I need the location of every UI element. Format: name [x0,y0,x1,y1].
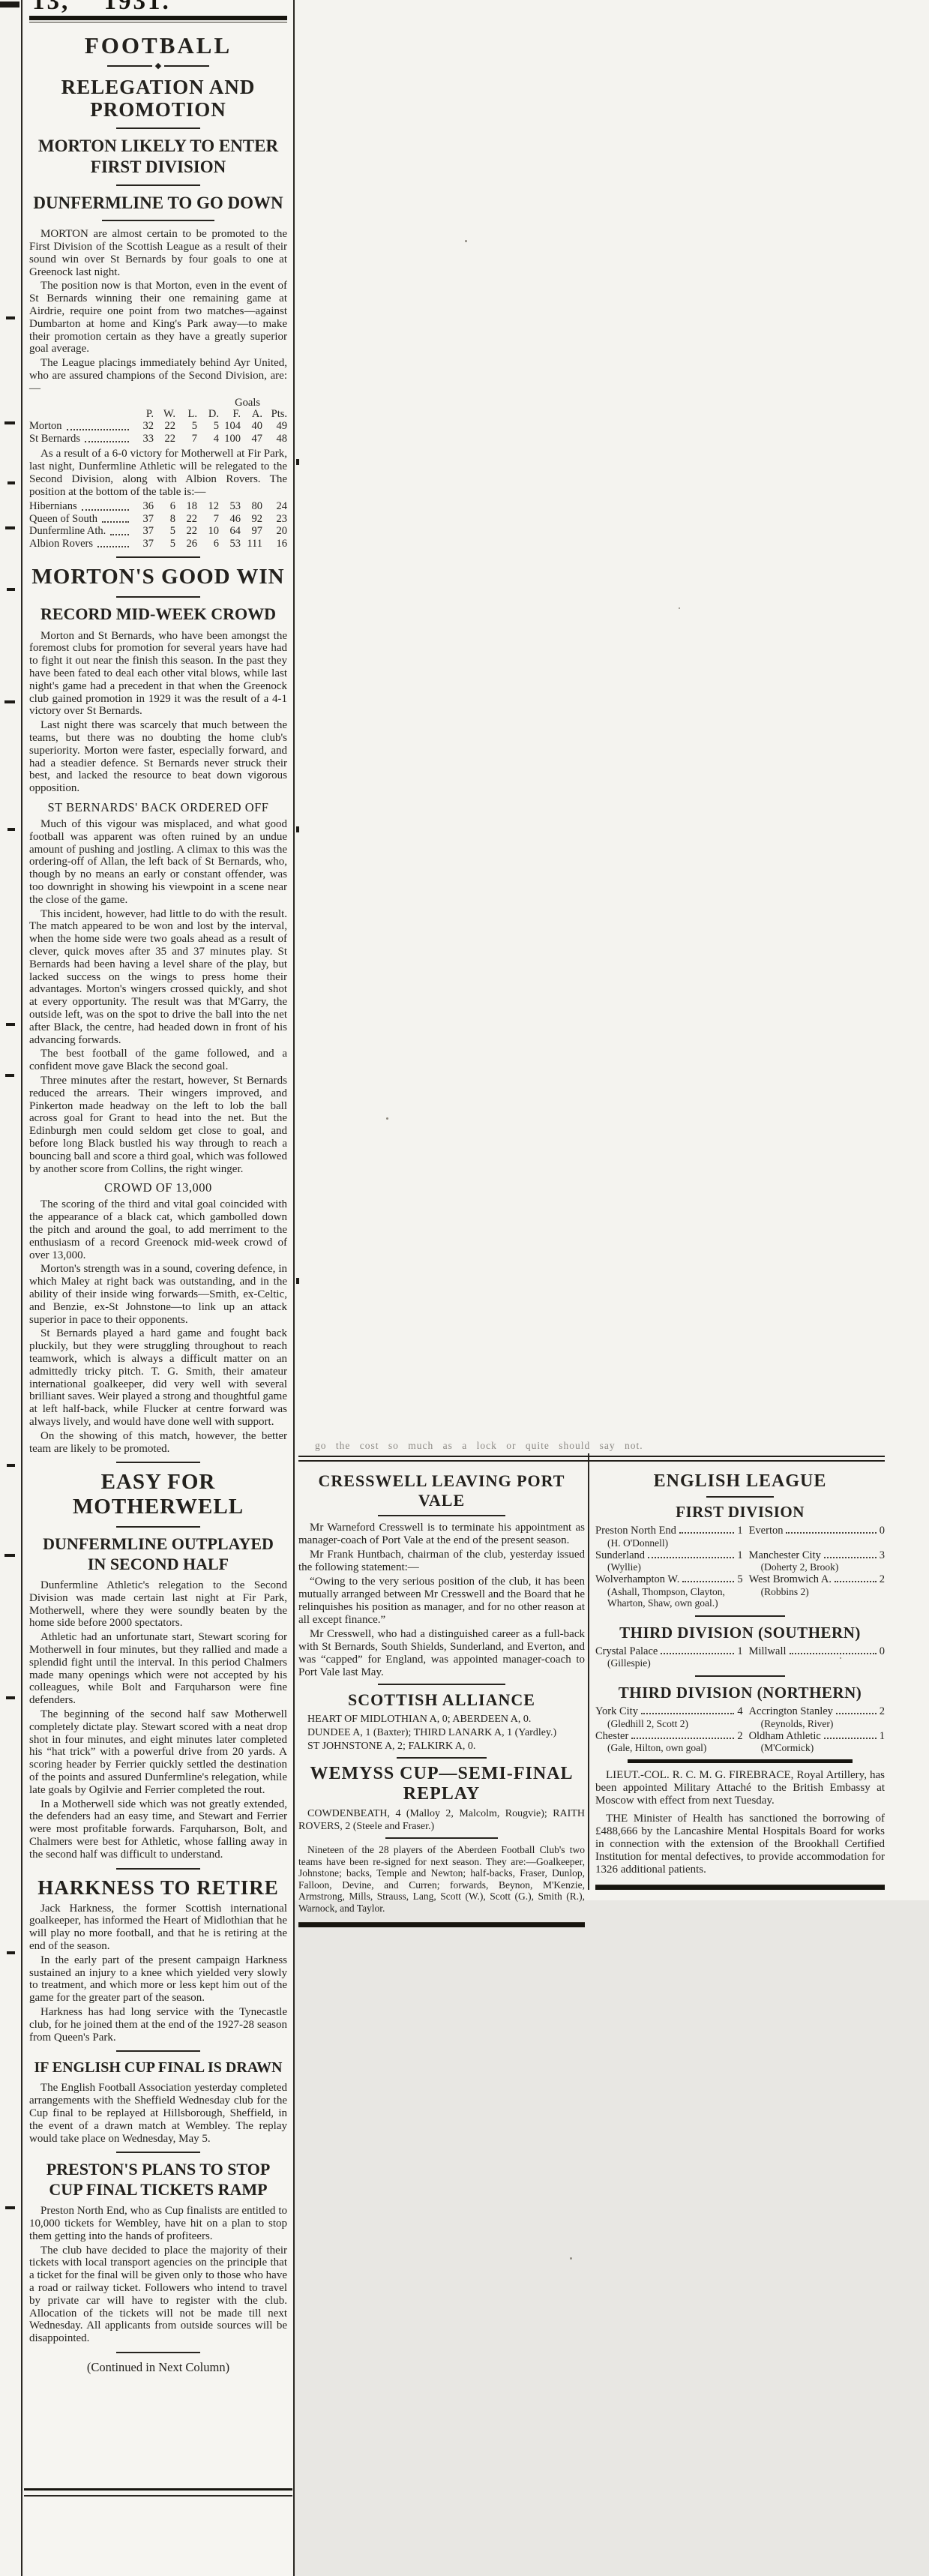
diamond-ornament-icon: ◆ [155,62,161,70]
masthead-date-strip: 13, 1931. [29,0,287,15]
paragraph: The English Football Association yesterd… [29,2082,287,2145]
dot-leader [790,1653,877,1654]
scanner-background [294,1900,929,2576]
headline-first-division: FIRST DIVISION [595,1503,885,1522]
section-title-football: FOOTBALL [29,32,287,59]
dot-leader [85,441,129,442]
away-score: 2 [880,1705,885,1718]
home-score: 1 [737,1645,742,1658]
paragraph: Three minutes after the restart, however… [29,1075,287,1175]
divider [116,1526,200,1528]
home-team: Chester [595,1730,628,1743]
dot-leader [824,1557,877,1558]
result-line: DUNDEE A, 1 (Baxter); THIRD LANARK A, 1 … [298,1726,585,1739]
table-row: St Bernards 33 22 7 4 100 47 48 [29,433,287,445]
dot-leader [836,1713,877,1714]
paragraph: “Owing to the very serious position of t… [298,1576,585,1627]
away-score: 1 [880,1730,885,1743]
dot-leader [648,1557,734,1558]
divider [695,1675,785,1677]
paragraph: The beginning of the second half saw Mot… [29,1708,287,1797]
home-score: 2 [737,1730,742,1743]
dot-leader [679,1532,734,1534]
team-name: Morton [29,420,62,433]
divider [116,1462,200,1463]
headline-easy-for-motherwell: EASY FOR MOTHERWELL [29,1470,287,1519]
away-team: Accrington Stanley [749,1705,833,1718]
away-score: 2 [880,1573,885,1586]
away-team: Millwall [749,1645,787,1658]
paragraph: The League placings immediately behind A… [29,357,287,394]
result-line: HEART OF MIDLOTHIAN A, 0; ABERDEEN A, 0. [298,1713,585,1726]
col-header: D. [197,408,219,421]
divider [116,556,200,558]
dot-leader [835,1581,877,1582]
divider [116,127,200,129]
away-score: 0 [880,1645,885,1658]
section-top-double-rule [298,1456,885,1462]
ornament-line [164,65,209,67]
headline-dunfermline-down: DUNFERMLINE TO GO DOWN [32,193,284,214]
paragraph: Preston North End, who as Cup finalists … [29,2205,287,2242]
away-score: 0 [880,1525,885,1537]
table-row: Dunfermline Ath. 37 5 22 10 64 97 20 [29,525,287,538]
paragraph: THE Minister of Health has sanctioned th… [595,1813,885,1877]
paragraph: St Bernards played a hard game and fough… [29,1327,287,1428]
masthead-rule [29,16,287,20]
team-name: Hibernians [29,500,77,513]
heavy-divider [628,1759,853,1763]
match-row: Preston North End1 (H. O'Donnell) Everto… [595,1525,885,1549]
team-name: Dunfermline Ath. [29,525,106,538]
table-header-row: P. W. L. D. F. A. Pts. [29,408,287,421]
col-header: L. [175,408,197,421]
away-team: Manchester City [749,1549,821,1562]
subhead-back-ordered-off: ST BERNARDS' BACK ORDERED OFF [29,800,287,815]
away-scorers: (Reynolds, River) [749,1718,885,1729]
dot-leader [661,1653,734,1654]
paragraph: Dunfermline Athletic's relegation to the… [29,1579,287,1630]
paragraph: Mr Frank Huntbach, chairman of the club,… [298,1549,585,1574]
headline-cup-final-drawn: IF ENGLISH CUP FINAL IS DRAWN [34,2059,283,2077]
headline-third-division-northern: THIRD DIVISION (NORTHERN) [595,1684,885,1702]
paragraph: The position now is that Morton, even in… [29,280,287,355]
divider [102,220,214,221]
league-table-top: Goals P. W. L. D. F. A. Pts. Morton 32 2… [29,397,287,445]
home-team: Wolverhampton W. [595,1573,679,1586]
headline-english-league: ENGLISH LEAGUE [595,1471,885,1492]
column-rule-right [293,0,295,2576]
paragraph: LIEUT.-COL. R. C. M. G. FIREBRACE, Royal… [595,1769,885,1808]
home-scorers: (Ashall, Thompson, Clayton, Wharton, Sha… [595,1586,743,1609]
middle-column: CRESSWELL LEAVING PORT VALE Mr Warneford… [298,1467,585,1927]
home-scorers: (H. O'Donnell) [595,1537,743,1549]
away-team: Everton [749,1525,784,1537]
away-scorers: (Robbins 2) [749,1586,885,1597]
headline-relegation-promotion: RELEGATION AND PROMOTION [49,76,268,121]
column-end-rule [298,1922,585,1927]
league-table-bottom: Hibernians 36 6 18 12 53 80 24 Queen of … [29,500,287,550]
column-rule-left [21,0,22,2576]
dot-leader [631,1738,734,1739]
home-score: 4 [737,1705,742,1718]
ornament-line [107,65,152,67]
away-team: West Bromwich A. [749,1573,832,1586]
col-header: P. [132,408,154,421]
result-line: COWDENBEATH, 4 (Malloy 2, Malcolm, Rougv… [298,1807,585,1833]
home-team: Crystal Palace [595,1645,658,1658]
col-header: F. [219,408,241,421]
table-row: Hibernians 36 6 18 12 53 80 24 [29,500,287,513]
paragraph: Last night there was scarcely that much … [29,719,287,795]
diamond-ornament: ◆ [29,62,287,70]
table-row: Morton 32 22 5 5 104 40 49 [29,420,287,433]
headline-preston-tickets: PRESTON'S PLANS TO STOP CUP FINAL TICKET… [34,2160,283,2200]
paragraph: The club have decided to place the major… [29,2245,287,2345]
divider [695,1615,785,1617]
away-scorers: (Doherty 2, Brook) [749,1561,885,1573]
divider [378,1684,505,1685]
col-header: Pts. [262,408,287,421]
match-row: Chester2 (Gale, Hilton, own goal) Oldham… [595,1730,885,1754]
headline-mortons-good-win: MORTON'S GOOD WIN [29,565,287,589]
home-scorers: (Wyllie) [595,1561,743,1573]
divider [397,1757,487,1759]
newspaper-page: 13, 1931. FOOTBALL ◆ RELEGATION AND PROM… [0,0,929,2576]
paragraph: In a Motherwell side which was not great… [29,1798,287,1861]
dot-leader [97,546,129,547]
away-scorers: (M'Cormick) [749,1742,885,1753]
table-row: Queen of South 37 8 22 7 46 92 23 [29,513,287,526]
home-scorers: (Gledhill 2, Scott 2) [595,1718,743,1729]
dot-leader [102,521,129,523]
divider [116,2152,200,2153]
divider [116,2050,200,2052]
paragraph: Athletic had an unfortunate start, Stewa… [29,1631,287,1707]
paragraph: Morton's strength was in a sound, coveri… [29,1263,287,1326]
headline-third-division-southern: THIRD DIVISION (SOUTHERN) [595,1624,885,1642]
divider [116,2352,200,2353]
paragraph: The best football of the game followed, … [29,1048,287,1073]
headline-scottish-alliance: SCOTTISH ALLIANCE [298,1690,585,1710]
paragraph: Morton and St Bernards, who have been am… [29,630,287,718]
headline-wemyss-cup: WEMYSS CUP—SEMI-FINAL REPLAY [298,1764,585,1804]
paragraph: Mr Warneford Cresswell is to terminate h… [298,1522,585,1547]
team-name: Queen of South [29,513,97,526]
paragraph: As a result of a 6-0 victory for Motherw… [29,448,287,498]
away-team: Oldham Athletic [749,1730,821,1743]
cutoff-text-fragment: go the cost so much as a lock or quite s… [315,1440,870,1452]
dot-leader [641,1713,734,1714]
paragraph: Harkness has had long service with the T… [29,2006,287,2044]
match-row: York City4 (Gledhill 2, Scott 2) Accring… [595,1705,885,1729]
divider [116,1868,200,1870]
divider [116,184,200,186]
headline-dunfermline-outplayed: DUNFERMLINE OUTPLAYED IN SECOND HALF [34,1534,283,1574]
match-row: Sunderland1 (Wyllie) Manchester City3 (D… [595,1549,885,1573]
left-column: 13, 1931. FOOTBALL ◆ RELEGATION AND PROM… [24,0,292,2576]
subhead-crowd-13000: CROWD OF 13,000 [29,1180,287,1195]
table-row: Albion Rovers 37 5 26 6 53 111 16 [29,538,287,550]
column-rule-mid-right [588,1453,589,1890]
home-score: 1 [737,1525,742,1537]
home-scorers: (Gale, Hilton, own goal) [595,1742,743,1753]
continued-note: (Continued in Next Column) [29,2360,287,2375]
headline-harkness-retire: HARKNESS TO RETIRE [29,1876,287,1900]
paragraph: In the early part of the present campaig… [29,1954,287,2005]
team-name: Albion Rovers [29,538,93,550]
paragraph: Much of this vigour was misplaced, and w… [29,818,287,907]
away-score: 3 [880,1549,885,1562]
home-team: Preston North End [595,1525,676,1537]
divider [385,1837,498,1839]
headline-morton-first-division: MORTON LIKELY TO ENTER FIRST DIVISION [32,136,284,177]
col-header: A. [241,408,262,421]
col-header: W. [154,408,175,421]
paragraph: MORTON are almost certain to be promoted… [29,228,287,278]
result-line: ST JOHNSTONE A, 2; FALKIRK A, 0. [298,1740,585,1753]
dot-leader [786,1532,876,1534]
home-team: York City [595,1705,638,1718]
paragraph: Mr Cresswell, who had a distinguished ca… [298,1628,585,1679]
match-row: Wolverhampton W.5 (Ashall, Thompson, Cla… [595,1573,885,1609]
divider [378,1515,505,1516]
headline-record-crowd: RECORD MID-WEEK CROWD [34,604,283,624]
column-bottom-rules [24,2488,292,2497]
team-name: St Bernards [29,433,80,445]
paragraph: Nineteen of the 28 players of the Aberde… [298,1844,585,1915]
column-end-rule [595,1885,885,1890]
paragraph: On the showing of this match, however, t… [29,1430,287,1456]
headline-cresswell: CRESSWELL LEAVING PORT VALE [298,1471,585,1510]
home-scorers: (Gillespie) [595,1657,743,1669]
dot-leader [682,1581,734,1582]
dot-leader [824,1738,877,1739]
goals-column-label: Goals [29,397,287,408]
divider [116,596,200,598]
home-team: Sunderland [595,1549,645,1562]
right-column: ENGLISH LEAGUE FIRST DIVISION Preston No… [595,1467,885,1890]
home-score: 5 [737,1573,742,1586]
paragraph: This incident, however, had little to do… [29,908,287,1047]
home-score: 1 [737,1549,742,1562]
divider [706,1496,774,1498]
dot-leader [82,509,129,511]
dot-leader [110,534,129,535]
match-row: Crystal Palace1 (Gillespie) Millwall0 [595,1645,885,1669]
paragraph: The scoring of the third and vital goal … [29,1198,287,1261]
paragraph: Jack Harkness, the former Scottish inter… [29,1903,287,1953]
masthead-date-fragment: 13, 1931. [32,0,171,15]
dot-leader [67,429,130,430]
